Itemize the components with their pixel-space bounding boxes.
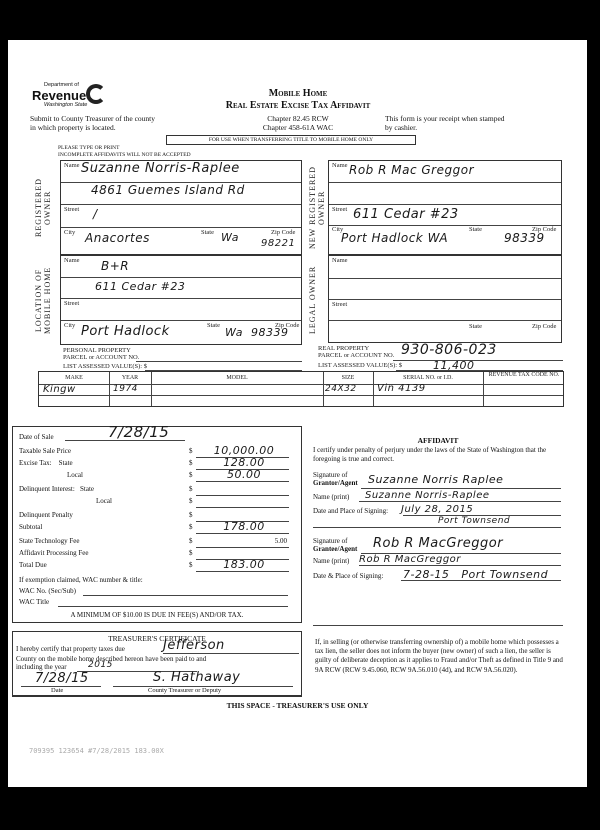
dollar-sign: $ [189, 511, 193, 519]
registered-owner-city[interactable]: Anacortes [85, 231, 150, 245]
real-assessed-label: LIST ASSESSED VALUE(S): $ [318, 362, 402, 369]
section-label-line-1: LOCATION OF [34, 268, 43, 331]
grantor-place[interactable]: Port Townsend [438, 516, 510, 526]
zip-label: Zip Code [532, 323, 556, 330]
state-label: State [469, 323, 482, 330]
wac-title-label: WAC Title [19, 598, 49, 606]
new-owner-section-label: NEW REGISTERED OWNER [308, 160, 328, 255]
street-label: Street [332, 301, 347, 308]
location-city[interactable]: Port Hadlock [81, 324, 170, 339]
registered-owner-section-label: REGISTERED OWNER [34, 160, 54, 255]
registered-owner-box: Name Suzanne Norris-Raplee 4861 Guemes I… [60, 160, 302, 255]
treasurer-date[interactable]: 7/28/15 [35, 671, 89, 686]
grantor-signature-label-2: Grantor/Agent [313, 479, 358, 487]
receipt-text-1: This form is your receipt when stamped [385, 114, 505, 123]
street-label: Street [64, 206, 79, 213]
fee-label: Subtotal [19, 523, 42, 531]
zip-label: Zip Code [271, 229, 295, 236]
grantee-date-label: Date & Place of Signing: [313, 572, 383, 580]
location-section-label: LOCATION OF MOBILE HOME [34, 255, 54, 345]
fee-label: Local [96, 497, 112, 505]
treasurer-date-label: Date [51, 687, 63, 694]
grantor-signature-label-1: Signature of [313, 471, 347, 479]
receipt-text-2: by cashier. [385, 123, 417, 132]
grantor-name[interactable]: Suzanne Norris-Raplee [365, 490, 490, 501]
dor-logo: Department of Revenue Washington State [32, 82, 122, 112]
col-model: MODEL [151, 375, 323, 381]
name-label: Name [64, 162, 80, 169]
location-box: Name B+R 611 Cedar #23 Street City Port … [60, 255, 302, 345]
dor-logo-icon [86, 84, 106, 104]
fee-label: Local [67, 471, 83, 479]
col-serial: SERIAL NO. or I.D. [373, 375, 483, 381]
treasurer-signer-label: County Treasurer or Deputy [148, 687, 221, 694]
state-label: State [469, 226, 482, 233]
fee-row-subtotal: Subtotal $ 178.00 [19, 523, 299, 535]
treasurer-county[interactable]: Jefferson [163, 638, 225, 653]
dollar-sign: $ [189, 549, 193, 557]
treasurer-certify-text: I hereby certify that property taxes due [16, 645, 125, 653]
dollar-sign: $ [189, 561, 193, 569]
new-owner-city[interactable]: Port Hadlock WA [341, 231, 448, 245]
fee-value[interactable]: 50.00 [201, 468, 287, 481]
dollar-sign: $ [189, 485, 193, 493]
state-label: State [207, 322, 220, 329]
new-owner-street[interactable]: 611 Cedar #23 [353, 207, 459, 222]
cell-size[interactable]: 24X32 [325, 384, 357, 394]
fee-row-total-due: Total Due $ 183.00 [19, 561, 299, 573]
personal-assessed-label: LIST ASSESSED VALUE(S): $ [63, 363, 147, 370]
new-owner-box: Name Rob R Mac Greggor Street 611 Cedar … [328, 160, 562, 255]
location-state[interactable]: Wa [225, 326, 243, 339]
col-size: SIZE [323, 375, 373, 381]
chapter-wac: Chapter 458-61A WAC [228, 123, 368, 132]
location-name[interactable]: B+R [101, 259, 129, 273]
street-label: Street [64, 300, 79, 307]
location-address[interactable]: 611 Cedar #23 [95, 280, 185, 293]
name-label: Name [64, 257, 80, 264]
submit-text-1: Submit to County Treasurer of the county [30, 114, 155, 123]
vehicle-table: MAKE YEAR MODEL SIZE SERIAL NO. or I.D. … [38, 371, 564, 407]
fee-label: Delinquent Interest: State [19, 485, 94, 493]
fee-label: Taxable Sale Price [19, 447, 71, 455]
personal-property-label-1: PERSONAL PROPERTY [63, 347, 131, 354]
grantee-signature-label-2: Grantee/Agent [313, 545, 357, 553]
section-label-line-2: OWNER [43, 190, 52, 224]
fee-label: Excise Tax: State [19, 459, 73, 467]
fee-value: 5.00 [201, 537, 287, 545]
treasurer-signature[interactable]: S. Hathaway [153, 670, 240, 685]
form-title-line-2: Real Estate Excise Tax Affidavit [158, 100, 438, 111]
affidavit-statement: I certify under penalty of perjury under… [313, 446, 563, 464]
fee-row-state-technology-fee: State Technology Fee $ 5.00 [19, 537, 299, 549]
grantee-signature-label-1: Signature of [313, 537, 347, 545]
fee-row-delinquent-interest-local: Local $ [19, 497, 299, 509]
registered-owner-name[interactable]: Suzanne Norris-Raplee [81, 161, 240, 176]
state-label: State [201, 229, 214, 236]
fee-value[interactable]: 178.00 [201, 520, 287, 533]
grantee-name-label: Name (print) [313, 557, 349, 565]
fee-label: Affidavit Processing Fee [19, 549, 88, 557]
fees-box: Date of Sale 7/28/15 Taxable Sale Price … [12, 426, 302, 623]
cell-year[interactable]: 1974 [113, 384, 138, 394]
grantor-name-label: Name (print) [313, 493, 349, 501]
dollar-sign: $ [189, 497, 193, 505]
wac-no-label: WAC No. (Sec/Sub) [19, 587, 76, 595]
real-property-value[interactable]: 930-806-023 [401, 342, 497, 358]
dollar-sign: $ [189, 459, 193, 467]
legal-owner-box: Name Street State Zip Code [328, 255, 562, 343]
name-label: Name [332, 257, 348, 264]
cell-make[interactable]: Kingw [43, 384, 76, 395]
grantor-signature[interactable]: Suzanne Norris Raplee [368, 473, 503, 486]
treasurer-including-text: including the year [16, 663, 67, 671]
grantee-date-place[interactable]: 7-28-15 Port Townsend [403, 568, 548, 581]
affidavit-form-page: Department of Revenue Washington State M… [8, 40, 587, 787]
fee-label: Delinquent Penalty [19, 511, 73, 519]
cell-serial[interactable]: Vin 4139 [377, 383, 426, 394]
section-label-line-1: REGISTERED [34, 178, 43, 237]
date-of-sale-label: Date of Sale [19, 433, 54, 441]
fee-row-excise-local: Local $ 50.00 [19, 471, 299, 483]
agency-line-3: Washington State [44, 102, 87, 108]
real-property-label-1: REAL PROPERTY [318, 345, 369, 352]
col-revenue-tax-code: REVENUE TAX CODE NO. [485, 372, 563, 378]
lien-notice: If, in selling (or otherwise transferrin… [315, 638, 565, 675]
print-notice-2: INCOMPLETE AFFIDAVITS WILL NOT BE ACCEPT… [58, 152, 191, 158]
location-zip[interactable]: 98339 [251, 326, 289, 339]
city-label: City [64, 322, 75, 329]
treasurer-certificate-title: TREASURER'S CERTIFICATE [13, 634, 301, 643]
fee-row-delinquent-interest-state: Delinquent Interest: State $ [19, 485, 299, 497]
affidavit-title: AFFIDAVIT [313, 436, 563, 445]
fee-label: State Technology Fee [19, 537, 79, 545]
new-owner-zip[interactable]: 98339 [504, 231, 545, 245]
section-label-line-2: MOBILE HOME [43, 266, 52, 333]
submit-text-2: in which property is located. [30, 123, 116, 132]
dollar-sign: $ [189, 471, 193, 479]
receipt-stamp: 709395 123654 #7/28/2015 183.00X [29, 747, 164, 755]
dollar-sign: $ [189, 537, 193, 545]
grantor-date-label: Date and Place of Signing: [313, 507, 388, 515]
agency-line-2: Revenue [32, 88, 86, 103]
fee-value[interactable]: 183.00 [201, 558, 287, 571]
minimum-notice: A MINIMUM OF $10.00 IS DUE IN FEE(S) AND… [13, 611, 301, 619]
section-label-line-1: NEW REGISTERED [308, 166, 317, 249]
registered-owner-state[interactable]: Wa [221, 231, 239, 244]
treasurer-use-only-label: THIS SPACE - TREASURER'S USE ONLY [8, 701, 587, 710]
city-label: City [64, 229, 75, 236]
form-title-line-1: Mobile Home [208, 88, 388, 99]
section-label-line-1: LEGAL OWNER [308, 266, 317, 334]
dollar-sign: $ [189, 523, 193, 531]
grantee-name[interactable]: Rob R MacGreggor [359, 554, 461, 565]
personal-property-label-2: PARCEL or ACCOUNT NO. [63, 354, 139, 361]
street-label: Street [332, 206, 347, 213]
print-notice-1: PLEASE TYPE OR PRINT [58, 145, 119, 151]
registered-owner-address[interactable]: 4861 Guemes Island Rd [91, 183, 245, 197]
exemption-label: If exemption claimed, WAC number & title… [19, 576, 143, 584]
date-of-sale-value[interactable]: 7/28/15 [108, 423, 169, 441]
registered-owner-zip[interactable]: 98221 [261, 238, 295, 249]
section-label-line-2: OWNER [317, 190, 326, 224]
chapter-rcw: Chapter 82.45 RCW [228, 114, 368, 123]
new-owner-name[interactable]: Rob R Mac Greggor [349, 163, 474, 177]
treasurer-certificate-box: TREASURER'S CERTIFICATE I hereby certify… [12, 631, 302, 697]
treasurer-year[interactable]: 2015 [88, 660, 113, 670]
name-label: Name [332, 162, 348, 169]
registered-owner-street[interactable]: / [93, 207, 98, 221]
fee-label: Total Due [19, 561, 47, 569]
real-property-label-2: PARCEL or ACCOUNT NO. [318, 352, 394, 359]
col-make: MAKE [39, 375, 109, 381]
legal-owner-section-label: LEGAL OWNER [308, 255, 328, 345]
grantor-date[interactable]: July 28, 2015 [401, 504, 473, 515]
grantee-signature[interactable]: Rob R MacGreggor [373, 536, 503, 551]
col-year: YEAR [109, 375, 151, 381]
use-notice: FOR USE WHEN TRANSFERRING TITLE TO MOBIL… [166, 135, 416, 145]
dollar-sign: $ [189, 447, 193, 455]
